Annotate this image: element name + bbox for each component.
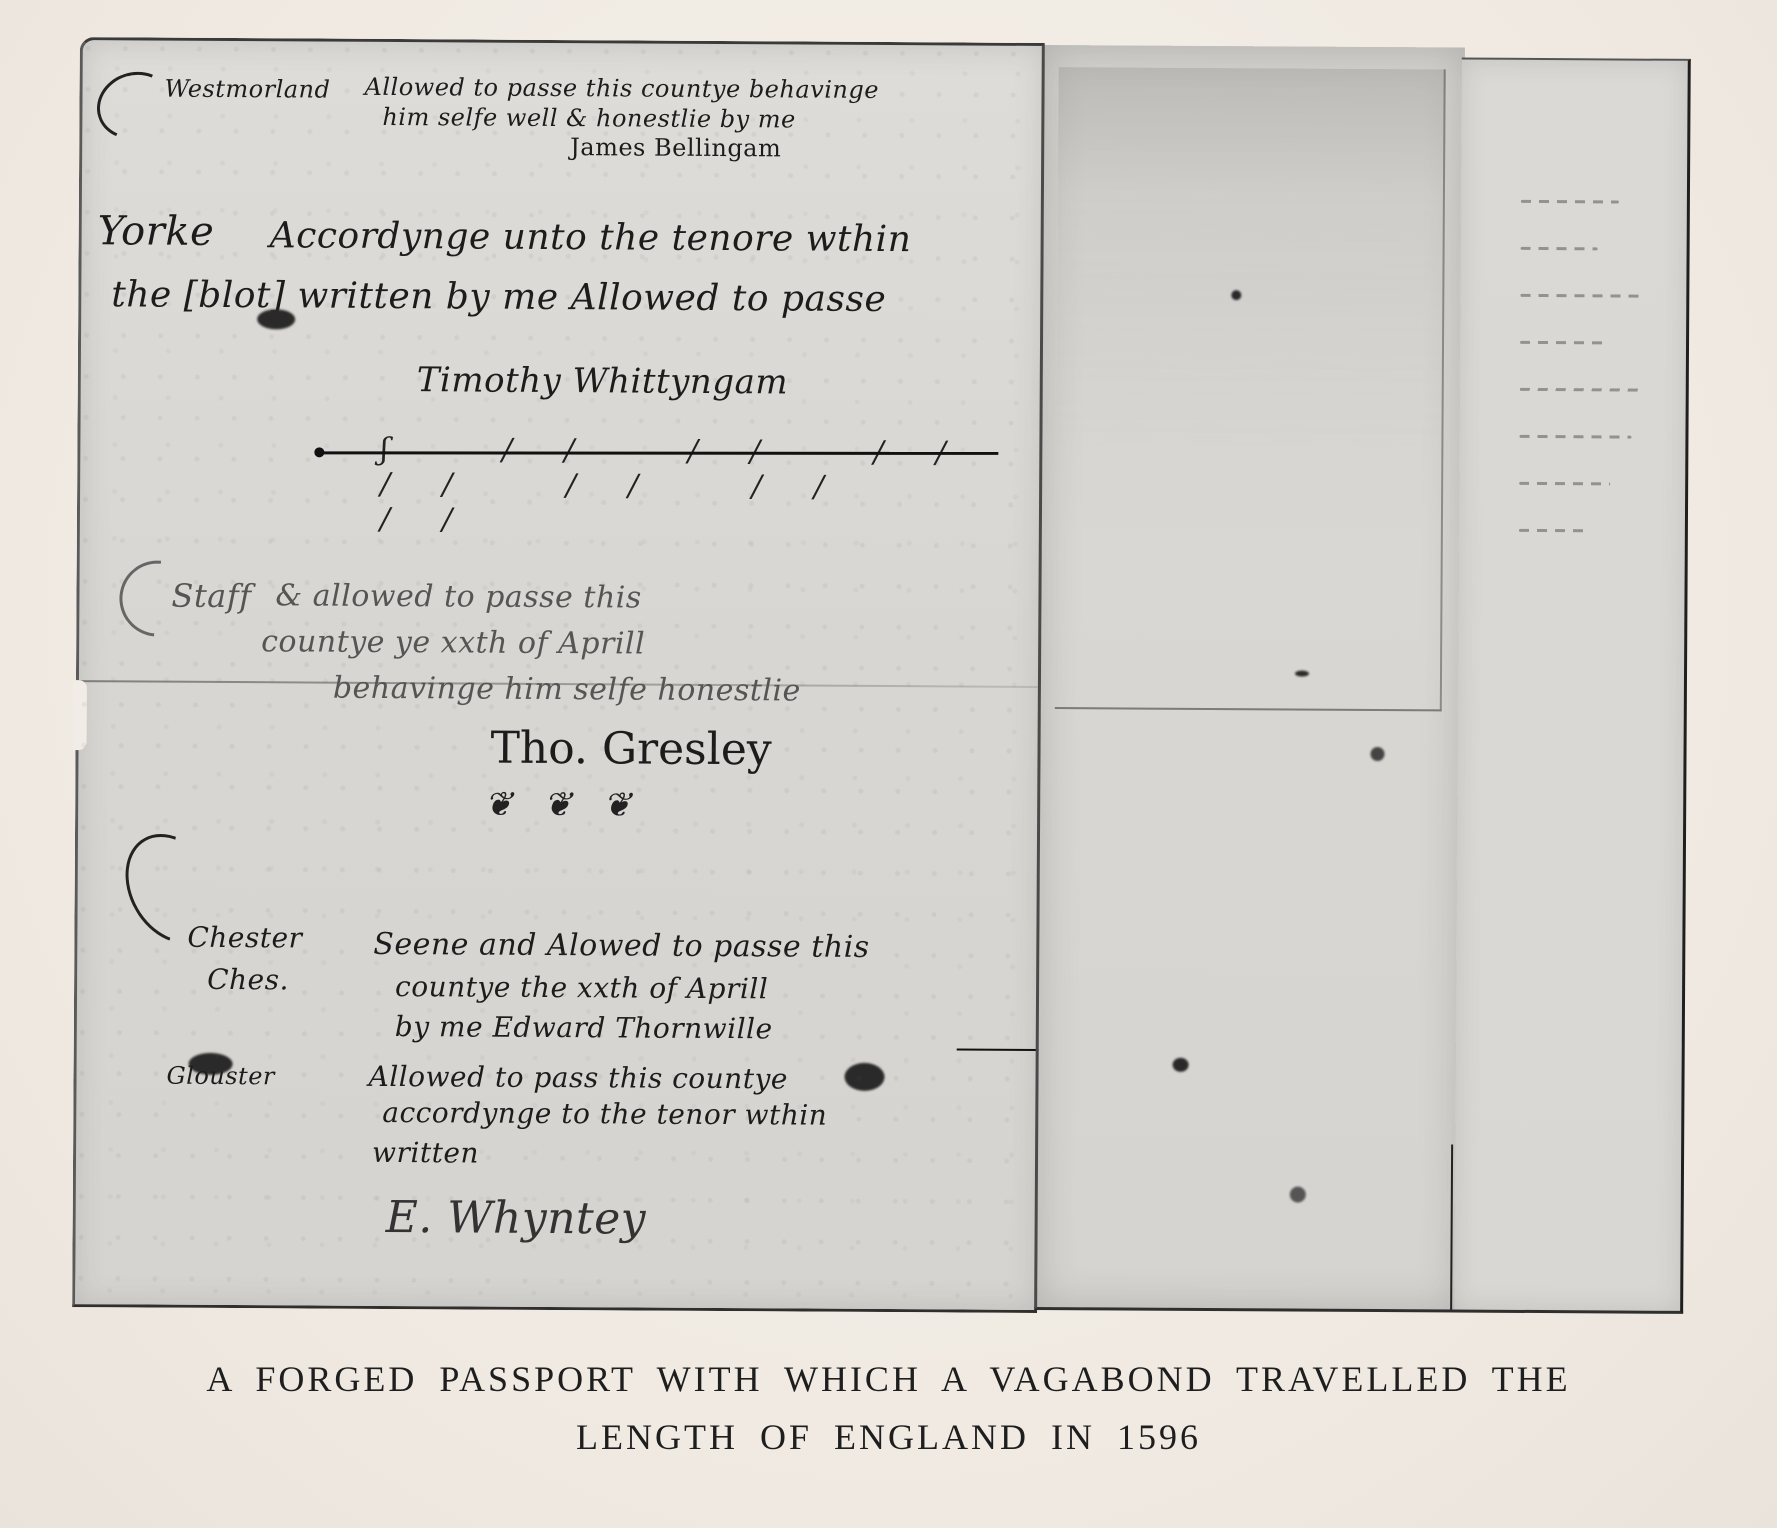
manuscript-sheet-main: Westmorland Allowed to passe this county… xyxy=(72,37,1045,1313)
ink-spot xyxy=(1173,1058,1189,1072)
endorsement-line: Allowed to pass this countye xyxy=(368,1058,788,1099)
endorsement-line: accordynge to the tenor wthin xyxy=(382,1094,827,1135)
county-label-glouster: Glouster xyxy=(166,1057,275,1096)
manuscript-fold-panel xyxy=(1034,45,1465,1313)
county-label-chester: Chester xyxy=(187,919,302,958)
endorsement-line: countye the xxth of Aprill xyxy=(395,968,768,1008)
endorsement-line: behavinge him selfe honestlie xyxy=(333,670,801,711)
ink-spot xyxy=(1295,671,1309,677)
signature-e-whyntey: E. Whyntey xyxy=(386,1192,647,1245)
endorsement-line: written xyxy=(372,1134,479,1173)
ink-spot xyxy=(1231,290,1241,300)
ruled-line xyxy=(957,1048,1039,1051)
paraph-flourishes: ❦ ❦ ❦ xyxy=(484,785,641,826)
county-label-staff: Staff xyxy=(171,577,251,615)
signature-james-bellingam: James Bellingam xyxy=(570,133,781,162)
ink-blot xyxy=(257,309,295,329)
plate-caption: A forged passport with which a vagabond … xyxy=(0,1350,1777,1466)
ink-spot xyxy=(1290,1187,1306,1203)
endorsement-line: & allowed to passe this xyxy=(275,577,641,617)
tally-marks: ʃ // // // // // // // xyxy=(380,432,1043,541)
caption-line-2: Length of England in 1596 xyxy=(0,1408,1777,1466)
torn-edge xyxy=(73,680,87,750)
endorsement-line: countye ye xxth of Aprill xyxy=(261,623,645,663)
endorsement-line: Accordynge unto the tenore wthin xyxy=(270,213,912,263)
caption-year: 1596 xyxy=(1117,1417,1201,1457)
county-label-chester-abbrev: Ches. xyxy=(207,961,289,999)
faded-writing xyxy=(1519,200,1661,577)
signature-timothy-whittyngam: Timothy Whittyngam xyxy=(417,360,789,402)
endorsement-line: Seene and Alowed to passe this xyxy=(373,926,870,967)
ink-blot xyxy=(844,1063,884,1091)
endorsement-line: by me Edward Thornwille xyxy=(395,1008,773,1048)
caption-line-1: A forged passport with which a vagabond … xyxy=(0,1350,1777,1408)
signature-tho-gresley: Tho. Gresley xyxy=(490,723,771,776)
manuscript-right-sheet xyxy=(1454,58,1691,1314)
fold-panel-overlay xyxy=(1055,67,1446,711)
manuscript-plate: Westmorland Allowed to passe this county… xyxy=(72,37,1692,1311)
endorsement-line: the [blot] written by me Allowed to pass… xyxy=(111,272,886,323)
ruled-line xyxy=(320,451,998,455)
county-label-westmorland: Westmorland xyxy=(164,75,330,104)
county-label-yorke: Yorke xyxy=(98,208,215,255)
ink-spot xyxy=(1370,747,1384,761)
caption-line-2-text: Length of England in xyxy=(576,1417,1095,1457)
